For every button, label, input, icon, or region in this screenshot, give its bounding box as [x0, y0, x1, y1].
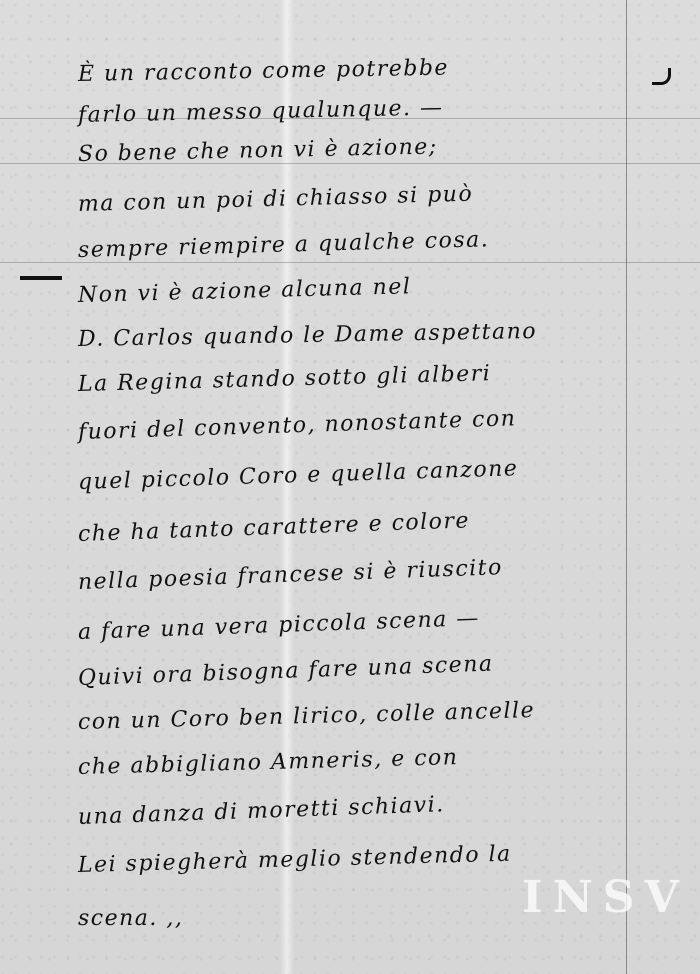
manuscript-line: a fare una vera piccola scena —: [78, 606, 481, 645]
closing-bracket-mark: [652, 68, 671, 85]
manuscript-line: Non vi è azione alcuna nel: [78, 274, 412, 308]
manuscript-line: farlo un messo qualunque. —: [78, 95, 444, 128]
manuscript-line: D. Carlos quando le Dame aspettano: [78, 319, 538, 352]
manuscript-line: una danza di moretti schiavi.: [78, 792, 446, 830]
manuscript-page: È un racconto come potrebbe farlo un mes…: [0, 0, 700, 974]
insertion-mark: [20, 276, 62, 280]
manuscript-line: Lei spiegherà meglio stendendo la: [78, 842, 512, 878]
manuscript-line: scena. ,,: [78, 906, 183, 931]
manuscript-line: quel piccolo Coro e quella canzone: [78, 456, 519, 495]
manuscript-line: che abbigliano Amneris, e con: [78, 745, 459, 780]
manuscript-line: ma con un poi di chiasso si può: [78, 182, 474, 217]
margin-line: [626, 0, 627, 974]
manuscript-line: fuori del convento, nonostante con: [78, 406, 517, 445]
manuscript-line: con un Coro ben lirico, colle ancelle: [78, 698, 536, 735]
manuscript-line: che ha tanto carattere e colore: [78, 508, 471, 547]
archive-watermark: INSV: [522, 872, 689, 923]
manuscript-line: È un racconto come potrebbe: [78, 56, 449, 87]
